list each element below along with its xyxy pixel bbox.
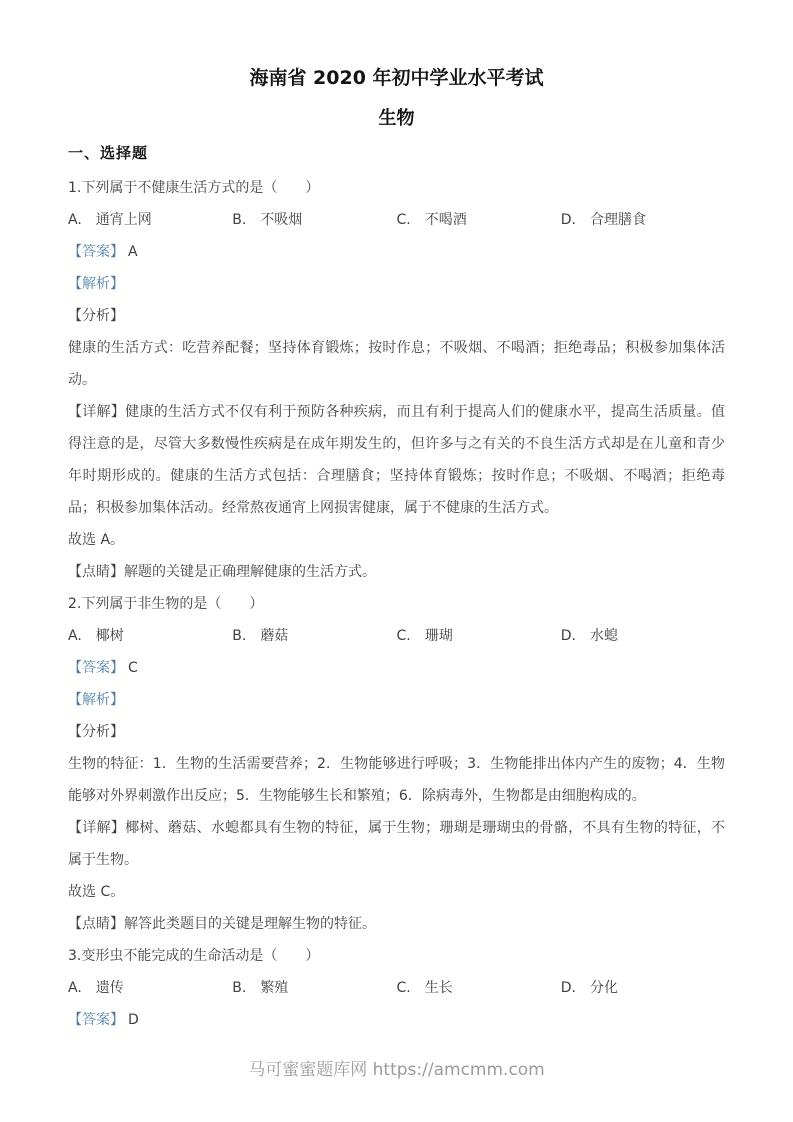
- answer-value: D: [128, 1012, 139, 1028]
- option-text: 遗传: [96, 980, 124, 996]
- option-label: B.: [232, 212, 246, 228]
- option-text: 椰树: [96, 628, 124, 644]
- analysis-paragraph: 健康的生活方式：吃营养配餐；坚持体育锻炼；按时作息；不吸烟、不喝酒；拒绝毒品；积…: [68, 332, 725, 396]
- option-label: A.: [68, 628, 82, 644]
- exam-document-page: 海南省 2020 年初中学业水平考试 生物 一、选择题 1.下列属于不健康生活方…: [0, 0, 793, 1122]
- option-label: C.: [397, 980, 411, 996]
- question-stem: 2.下列属于非生物的是（ ）: [68, 588, 725, 620]
- answer-value: A: [128, 244, 138, 260]
- option-text: 生长: [425, 980, 453, 996]
- option-c: C.珊瑚: [397, 620, 561, 652]
- option-label: A.: [68, 980, 82, 996]
- section-heading-multiple-choice: 一、选择题: [68, 140, 725, 166]
- option-c: C.不喝酒: [397, 204, 561, 236]
- analysis-paragraph: 生物的特征：1．生物的生活需要营养；2．生物能够进行呼吸；3．生物能排出体内产生…: [68, 748, 725, 812]
- options-row: A.遗传 B.繁殖 C.生长 D.分化: [68, 972, 725, 1004]
- conclusion-line: 故选 C。: [68, 876, 725, 908]
- option-d: D.水螅: [561, 620, 725, 652]
- question-stem: 3.变形虫不能完成的生命活动是（ ）: [68, 940, 725, 972]
- detail-paragraph: 【详解】椰树、蘑菇、水螅都具有生物的特征，属于生物；珊瑚是珊瑚虫的骨骼，不具有生…: [68, 812, 725, 876]
- option-a: A.通宵上网: [68, 204, 232, 236]
- exam-title: 海南省 2020 年初中学业水平考试: [68, 64, 725, 92]
- fenxi-line: 【分析】: [68, 300, 725, 332]
- option-d: D.合理膳食: [561, 204, 725, 236]
- options-row: A.通宵上网 B.不吸烟 C.不喝酒 D.合理膳食: [68, 204, 725, 236]
- question-block-1: 1.下列属于不健康生活方式的是（ ） A.通宵上网 B.不吸烟 C.不喝酒 D.…: [68, 172, 725, 588]
- option-label: D.: [561, 628, 576, 644]
- options-row: A.椰树 B.蘑菇 C.珊瑚 D.水螅: [68, 620, 725, 652]
- fenxi-line: 【分析】: [68, 716, 725, 748]
- tip-line: 【点睛】解答此类题目的关键是理解生物的特征。: [68, 908, 725, 940]
- jiexi-line: 【解析】: [68, 684, 725, 716]
- option-text: 繁殖: [260, 980, 288, 996]
- option-text: 不喝酒: [425, 212, 467, 228]
- option-b: B.繁殖: [232, 972, 396, 1004]
- answer-tag: 【答案】: [68, 1012, 124, 1028]
- exam-subject-title: 生物: [68, 106, 725, 132]
- question-stem: 1.下列属于不健康生活方式的是（ ）: [68, 172, 725, 204]
- question-block-2: 2.下列属于非生物的是（ ） A.椰树 B.蘑菇 C.珊瑚 D.水螅 【答案】C…: [68, 588, 725, 940]
- option-a: A.椰树: [68, 620, 232, 652]
- option-text: 水螅: [590, 628, 618, 644]
- option-text: 合理膳食: [590, 212, 646, 228]
- conclusion-line: 故选 A。: [68, 524, 725, 556]
- jiexi-tag: 【解析】: [68, 276, 124, 292]
- option-text: 分化: [590, 980, 618, 996]
- option-d: D.分化: [561, 972, 725, 1004]
- option-label: D.: [561, 980, 576, 996]
- option-text: 不吸烟: [260, 212, 302, 228]
- option-text: 蘑菇: [260, 628, 288, 644]
- option-text: 珊瑚: [425, 628, 453, 644]
- option-label: B.: [232, 980, 246, 996]
- detail-paragraph: 【详解】健康的生活方式不仅有利于预防各种疾病，而且有利于提高人们的健康水平，提高…: [68, 396, 725, 524]
- option-label: C.: [397, 628, 411, 644]
- option-c: C.生长: [397, 972, 561, 1004]
- document-content: 海南省 2020 年初中学业水平考试 生物 一、选择题 1.下列属于不健康生活方…: [0, 0, 793, 1036]
- option-text: 通宵上网: [96, 212, 152, 228]
- option-label: D.: [561, 212, 576, 228]
- answer-line: 【答案】D: [68, 1004, 725, 1036]
- option-label: A.: [68, 212, 82, 228]
- jiexi-tag: 【解析】: [68, 692, 124, 708]
- option-b: B.不吸烟: [232, 204, 396, 236]
- option-label: B.: [232, 628, 246, 644]
- watermark-footer: 马可蜜蜜题库网 https://amcmm.com: [0, 1058, 793, 1082]
- option-b: B.蘑菇: [232, 620, 396, 652]
- answer-line: 【答案】C: [68, 652, 725, 684]
- tip-line: 【点睛】解题的关键是正确理解健康的生活方式。: [68, 556, 725, 588]
- answer-value: C: [128, 660, 138, 676]
- answer-line: 【答案】A: [68, 236, 725, 268]
- jiexi-line: 【解析】: [68, 268, 725, 300]
- answer-tag: 【答案】: [68, 660, 124, 676]
- question-block-3: 3.变形虫不能完成的生命活动是（ ） A.遗传 B.繁殖 C.生长 D.分化 【…: [68, 940, 725, 1036]
- option-label: C.: [397, 212, 411, 228]
- answer-tag: 【答案】: [68, 244, 124, 260]
- option-a: A.遗传: [68, 972, 232, 1004]
